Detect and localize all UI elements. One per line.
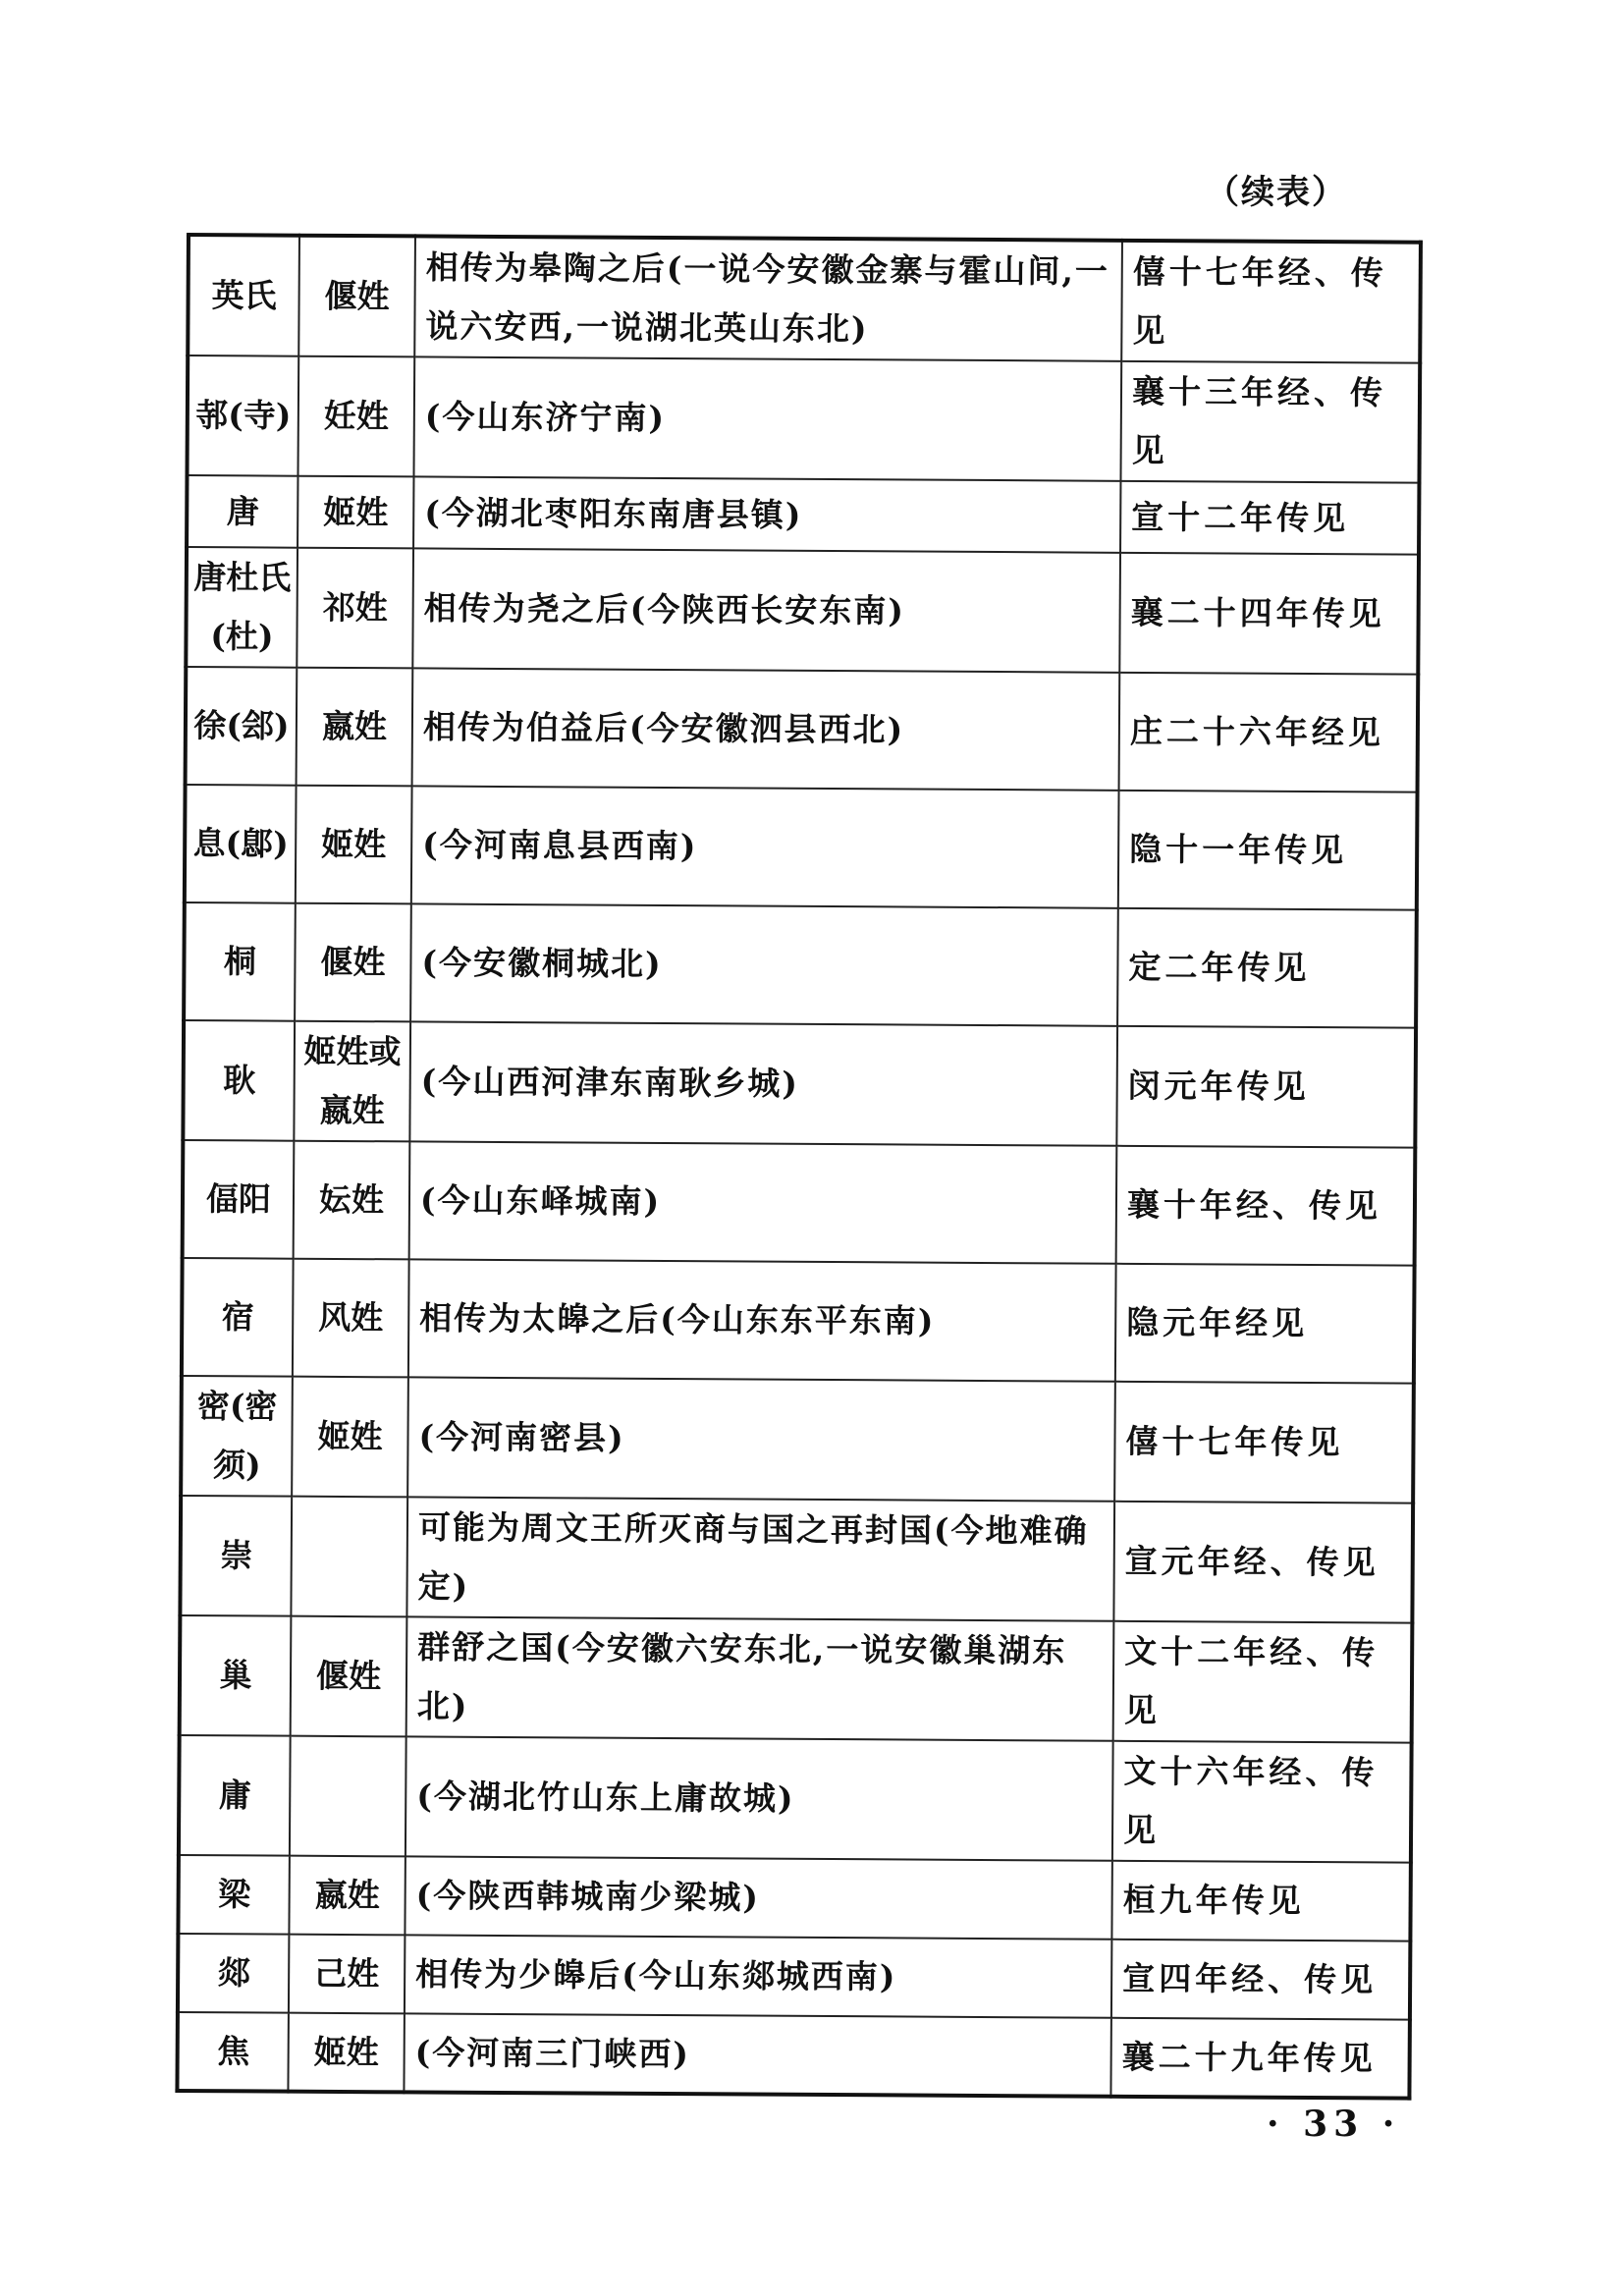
first-mention-cell: 僖十七年传见 bbox=[1114, 1382, 1414, 1503]
state-name-cell: 偪阳 bbox=[183, 1140, 295, 1259]
surname-cell: 嬴姓 bbox=[297, 668, 413, 787]
first-mention-cell: 文十六年经、传见 bbox=[1112, 1741, 1412, 1863]
state-name-cell: 耿 bbox=[183, 1020, 295, 1141]
table-row: 宿风姓相传为太皞之后(今山东东平东南)隐元年经见 bbox=[182, 1258, 1415, 1384]
state-name-cell: 息(鄎) bbox=[185, 785, 297, 903]
first-mention-cell: 襄二十四年传见 bbox=[1119, 553, 1419, 675]
surname-cell: 偃姓 bbox=[291, 1616, 407, 1737]
origin-location-cell: (今河南密县) bbox=[407, 1377, 1115, 1501]
state-name-cell: 郯 bbox=[178, 1934, 289, 2013]
origin-location-cell: 相传为少皞后(今山东郯城西南) bbox=[405, 1935, 1111, 2017]
table-row: 崇可能为周文王所灭商与国之再封国(今地难确定)宣元年经、传见 bbox=[180, 1496, 1413, 1623]
origin-location-cell: (今湖北枣阳东南唐县镇) bbox=[413, 476, 1120, 552]
state-name-cell: 崇 bbox=[180, 1496, 292, 1616]
origin-location-cell: (今河南息县西南) bbox=[411, 786, 1119, 907]
state-name-cell: 英氏 bbox=[188, 235, 299, 356]
first-mention-cell: 庄二十六年经见 bbox=[1119, 673, 1419, 793]
table-row: 焦姬姓(今河南三门峡西)襄二十九年传见 bbox=[177, 2012, 1409, 2099]
state-name-cell: 桐 bbox=[184, 902, 296, 1021]
origin-location-cell: (今山东济宁南) bbox=[413, 356, 1121, 480]
state-name-cell: 邿(寺) bbox=[187, 355, 298, 476]
table-row: 桐偃姓(今安徽桐城北)定二年传见 bbox=[184, 902, 1417, 1028]
state-name-cell: 宿 bbox=[182, 1258, 294, 1377]
first-mention-cell: 宣元年经、传见 bbox=[1113, 1502, 1413, 1623]
table-body: 英氏偃姓相传为皋陶之后(一说今安徽金寨与霍山间,一说六安西,一说湖北英山东北)僖… bbox=[177, 235, 1421, 2099]
surname-cell: 偃姓 bbox=[295, 903, 411, 1022]
surname-cell bbox=[290, 1736, 406, 1857]
origin-location-cell: 群舒之国(今安徽六安东北,一说安徽巢湖东北) bbox=[406, 1616, 1114, 1740]
surname-cell: 姬姓或嬴姓 bbox=[294, 1021, 410, 1142]
surname-cell: 姬姓 bbox=[296, 786, 412, 904]
first-mention-cell: 襄十三年经、传见 bbox=[1120, 361, 1420, 483]
origin-location-cell: (今湖北竹山东上庸故城) bbox=[406, 1736, 1113, 1860]
first-mention-cell: 定二年传见 bbox=[1117, 908, 1417, 1028]
continued-table-label: （续表） bbox=[1206, 165, 1347, 213]
origin-location-cell: (今安徽桐城北) bbox=[410, 903, 1118, 1025]
first-mention-cell: 文十二年经、传见 bbox=[1113, 1621, 1413, 1743]
state-name-cell: 巢 bbox=[180, 1615, 292, 1736]
first-mention-cell: 宣十二年传见 bbox=[1120, 481, 1419, 555]
first-mention-cell: 闵元年传见 bbox=[1116, 1026, 1416, 1148]
first-mention-cell: 僖十七年经、传见 bbox=[1121, 241, 1421, 363]
first-mention-cell: 桓九年传见 bbox=[1111, 1861, 1410, 1941]
surname-cell: 嬴姓 bbox=[289, 1856, 405, 1936]
surname-cell: 妘姓 bbox=[294, 1141, 410, 1260]
origin-location-cell: (今河南三门峡西) bbox=[404, 2013, 1110, 2096]
table-row: 息(鄎)姬姓(今河南息县西南)隐十一年传见 bbox=[185, 785, 1418, 910]
origin-location-cell: (今山西河津东南耿乡城) bbox=[409, 1021, 1117, 1145]
state-name-cell: 梁 bbox=[178, 1855, 289, 1935]
origin-location-cell: (今山东峄城南) bbox=[409, 1141, 1117, 1263]
origin-location-cell: 相传为尧之后(今陕西长安东南) bbox=[412, 548, 1120, 672]
table-row: 梁嬴姓(今陕西韩城南少梁城)桓九年传见 bbox=[178, 1855, 1410, 1941]
state-name-cell: 唐 bbox=[187, 475, 298, 548]
table-row: 偪阳妘姓(今山东峄城南)襄十年经、传见 bbox=[183, 1140, 1416, 1266]
state-name-cell: 密(密须) bbox=[181, 1376, 293, 1497]
first-mention-cell: 襄二十九年传见 bbox=[1110, 2018, 1409, 2099]
surname-cell: 祁姓 bbox=[297, 548, 413, 669]
surname-cell: 己姓 bbox=[289, 1935, 405, 2014]
table-row: 邿(寺)妊姓(今山东济宁南)襄十三年经、传见 bbox=[187, 355, 1420, 483]
first-mention-cell: 隐十一年传见 bbox=[1118, 791, 1418, 910]
state-name-cell: 唐杜氏(杜) bbox=[186, 547, 298, 668]
table-row: 庸(今湖北竹山东上庸故城)文十六年经、传见 bbox=[179, 1735, 1412, 1863]
surname-cell: 风姓 bbox=[293, 1259, 409, 1378]
table-row: 郯己姓相传为少皞后(今山东郯城西南)宣四年经、传见 bbox=[178, 1934, 1410, 2020]
origin-location-cell: 相传为皋陶之后(一说今安徽金寨与霍山间,一说六安西,一说湖北英山东北) bbox=[414, 236, 1122, 360]
surname-cell: 偃姓 bbox=[298, 236, 415, 357]
state-name-cell: 庸 bbox=[179, 1735, 291, 1856]
origin-location-cell: 相传为太皞之后(今山东东平东南) bbox=[408, 1259, 1116, 1381]
surname-cell: 妊姓 bbox=[298, 356, 414, 477]
surname-cell bbox=[291, 1497, 407, 1617]
origin-location-cell: 可能为周文王所灭商与国之再封国(今地难确定) bbox=[406, 1497, 1114, 1620]
origin-location-cell: 相传为伯益后(今安徽泗县西北) bbox=[412, 668, 1120, 790]
origin-location-cell: (今陕西韩城南少梁城) bbox=[405, 1856, 1111, 1939]
table-row: 唐杜氏(杜)祁姓相传为尧之后(今陕西长安东南)襄二十四年传见 bbox=[186, 547, 1419, 675]
table-row: 唐姬姓(今湖北枣阳东南唐县镇)宣十二年传见 bbox=[187, 475, 1419, 555]
table-row: 巢偃姓群舒之国(今安徽六安东北,一说安徽巢湖东北)文十二年经、传见 bbox=[180, 1615, 1413, 1743]
table-row: 耿姬姓或嬴姓(今山西河津东南耿乡城)闵元年传见 bbox=[183, 1020, 1416, 1148]
surname-cell: 姬姓 bbox=[292, 1377, 408, 1498]
first-mention-cell: 宣四年经、传见 bbox=[1111, 1940, 1410, 2020]
table-row: 徐(郐)嬴姓相传为伯益后(今安徽泗县西北)庄二十六年经见 bbox=[186, 667, 1419, 793]
table-row: 英氏偃姓相传为皋陶之后(一说今安徽金寨与霍山间,一说六安西,一说湖北英山东北)僖… bbox=[188, 235, 1421, 363]
first-mention-cell: 隐元年经见 bbox=[1115, 1264, 1415, 1384]
states-table: 英氏偃姓相传为皋陶之后(一说今安徽金寨与霍山间,一说六安西,一说湖北英山东北)僖… bbox=[175, 233, 1423, 2101]
surname-cell: 姬姓 bbox=[298, 476, 413, 549]
state-name-cell: 焦 bbox=[177, 2012, 288, 2092]
table-row: 密(密须)姬姓(今河南密县)僖十七年传见 bbox=[181, 1376, 1414, 1503]
state-name-cell: 徐(郐) bbox=[186, 667, 298, 786]
surname-cell: 姬姓 bbox=[288, 2013, 404, 2093]
first-mention-cell: 襄十年经、传见 bbox=[1116, 1146, 1416, 1266]
page-number: · 33 · bbox=[1267, 2104, 1400, 2145]
